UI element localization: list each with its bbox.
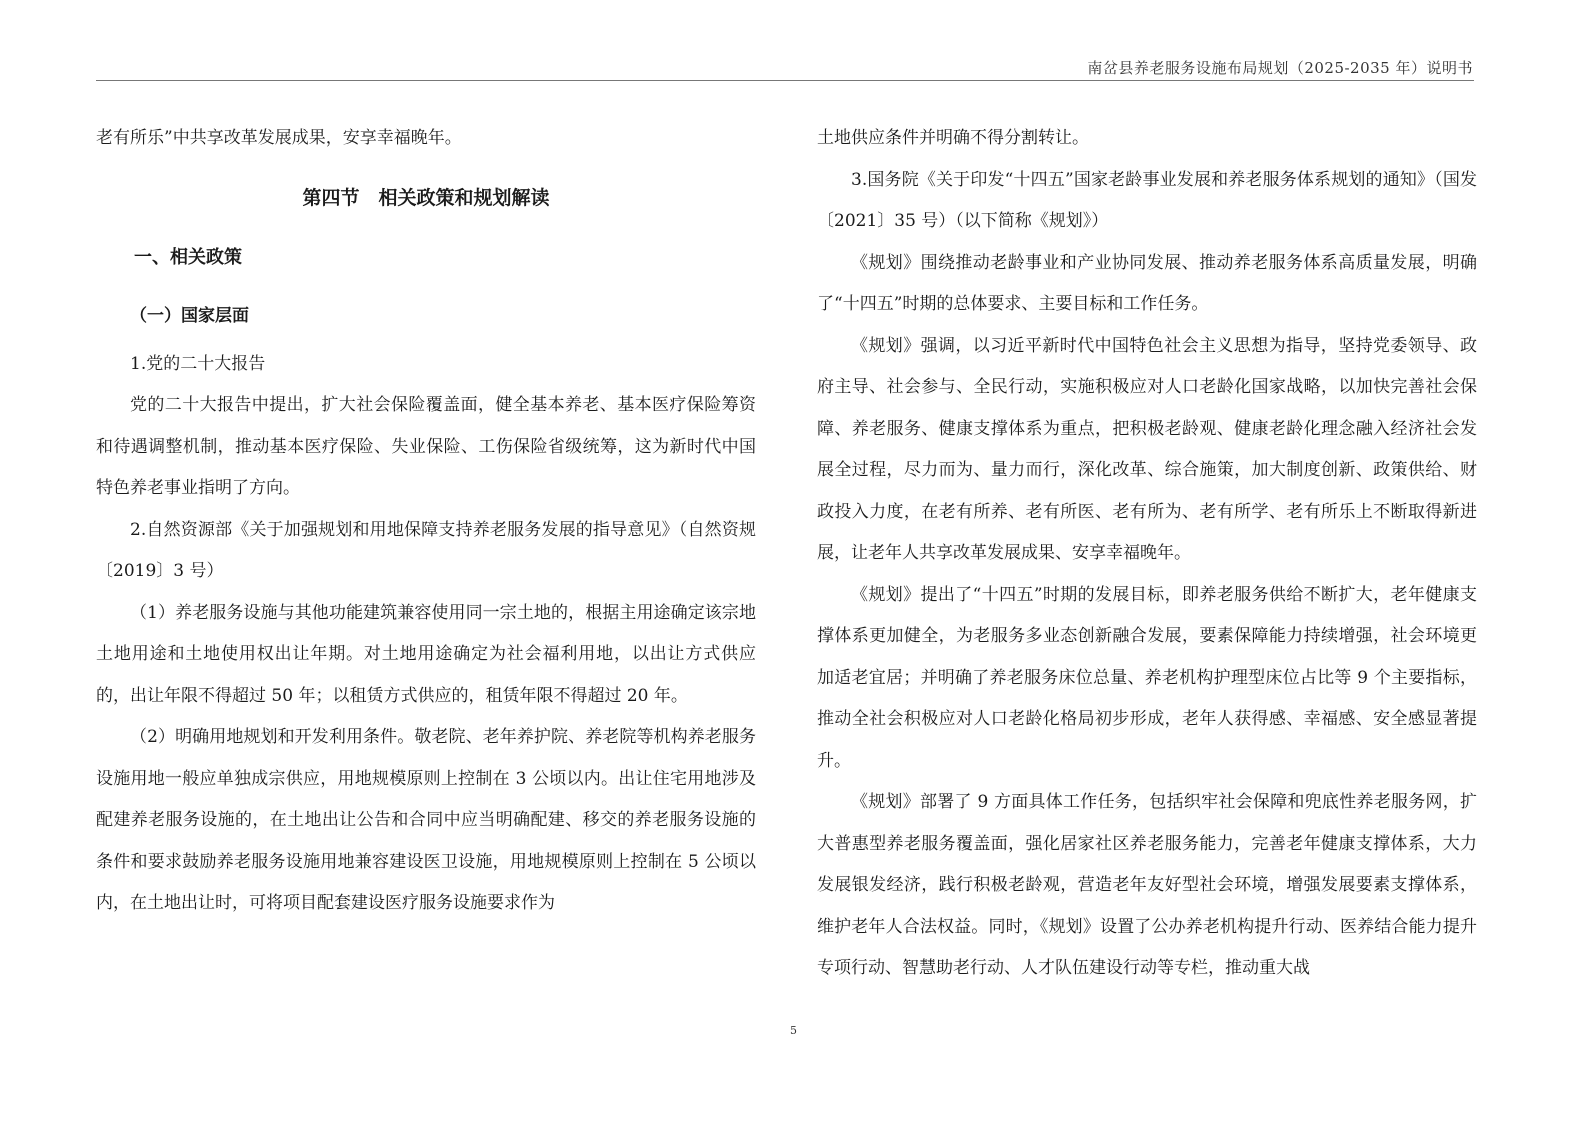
right-column: 土地供应条件并明确不得分割转让。 3.国务院《关于印发“十四五”国家老龄事业发展…	[817, 118, 1477, 990]
paragraph-4: 《规划》部署了 9 方面具体工作任务，包括织牢社会保障和兜底性养老服务网，扩大普…	[817, 782, 1477, 990]
heading-level-1: 一、相关政策	[96, 236, 756, 280]
item-2-point-1: （1）养老服务设施与其他功能建筑兼容使用同一宗土地的，根据主用途确定该宗地土地用…	[96, 593, 756, 718]
section-title: 第四节 相关政策和规划解读	[96, 176, 756, 220]
document-header-title: 南岔县养老服务设施布局规划（2025-2035 年）说明书	[1087, 57, 1473, 78]
paragraph-2: 《规划》强调，以习近平新时代中国特色社会主义思想为指导，坚持党委领导、政府主导、…	[817, 326, 1477, 575]
item-3-title: 3.国务院《关于印发“十四五”国家老龄事业发展和养老服务体系规划的通知》（国发〔…	[817, 160, 1477, 243]
item-2-title: 2.自然资源部《关于加强规划和用地保障支持养老服务发展的指导意见》（自然资规〔2…	[96, 510, 756, 593]
paragraph-3: 《规划》提出了“十四五”时期的发展目标，即养老服务供给不断扩大，老年健康支撑体系…	[817, 575, 1477, 783]
header-divider	[96, 80, 1474, 81]
item-2-point-2: （2）明确用地规划和开发利用条件。敬老院、老年养护院、养老院等机构养老服务设施用…	[96, 717, 756, 925]
continuation-text: 土地供应条件并明确不得分割转让。	[817, 118, 1477, 160]
item-1-body: 党的二十大报告中提出，扩大社会保险覆盖面，健全基本养老、基本医疗保险筹资和待遇调…	[96, 385, 756, 510]
left-column: 老有所乐”中共享改革发展成果，安享幸福晚年。 第四节 相关政策和规划解读 一、相…	[96, 118, 756, 925]
continuation-text: 老有所乐”中共享改革发展成果，安享幸福晚年。	[96, 118, 756, 160]
heading-level-2: （一）国家层面	[96, 294, 756, 338]
page-number: 5	[0, 1024, 1587, 1037]
item-1-title: 1.党的二十大报告	[96, 344, 756, 386]
paragraph-1: 《规划》围绕推动老龄事业和产业协同发展、推动养老服务体系高质量发展，明确了“十四…	[817, 243, 1477, 326]
